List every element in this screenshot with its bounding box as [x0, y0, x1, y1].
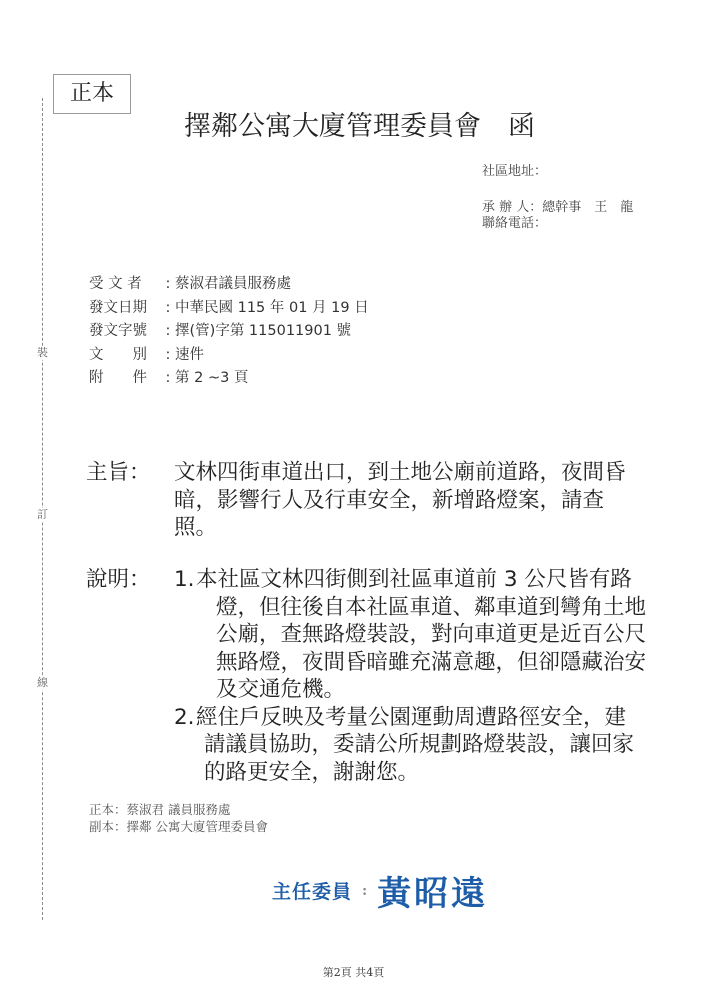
duplicate-recipient: 副本：擇鄰 公寓大廈管理委員會	[89, 818, 268, 835]
meta-label: 發文字號	[89, 320, 161, 344]
item-number: 1.	[174, 566, 195, 594]
subject-line: 文林四街車道出口，到土地公廟前道路，夜間昏	[174, 459, 674, 487]
signature-role: 主任委員	[272, 881, 352, 903]
meta-row-priority: 文 別:速件	[89, 344, 369, 368]
subject-line: 暗，影響行人及行車安全，新增路燈案，請查	[174, 487, 674, 515]
meta-row-date: 發文日期:中華民國 115 年 01 月 19 日	[89, 297, 369, 321]
meta-label: 附 件	[89, 367, 161, 391]
meta-value: 擇(管)字第 115011901 號	[175, 320, 351, 344]
signature-name: 黃昭遠	[377, 874, 488, 914]
explanation-item-2: 2. 經住戶反映及考量公園運動周遭路徑安全，建 請議員協助，委請公所規劃路燈裝設…	[174, 704, 694, 787]
meta-value: 速件	[175, 344, 204, 368]
signature-separator: :	[362, 883, 367, 899]
meta-label: 發文日期	[89, 297, 161, 321]
subject-line: 照。	[174, 514, 674, 542]
meta-value: 第 2 ~3 頁	[175, 367, 248, 391]
document-title: 擇鄰公寓大廈管理委員會 函	[0, 104, 707, 143]
meta-label: 受 文 者	[89, 273, 161, 297]
subject-body: 文林四街車道出口，到土地公廟前道路，夜間昏 暗，影響行人及行車安全，新增路燈案，…	[174, 459, 674, 542]
item-number: 2.	[174, 704, 195, 732]
item-line: 公廟，查無路燈裝設，對向車道更是近百公尺	[216, 621, 694, 649]
item-line: 本社區文林四街側到社區車道前 3 公尺皆有路	[196, 566, 694, 594]
phone-line: 聯絡電話：	[482, 216, 547, 232]
meta-row-doc-number: 發文字號:擇(管)字第 115011901 號	[89, 320, 369, 344]
item-line: 燈，但往後自本社區車道、鄰車道到彎角土地	[216, 594, 694, 622]
explanation-items: 1. 本社區文林四街側到社區車道前 3 公尺皆有路 燈，但往後自本社區車道、鄰車…	[174, 566, 694, 786]
original-recipient: 正本：蔡淑君 議員服務處	[89, 801, 268, 818]
meta-row-recipient: 受 文 者:蔡淑君議員服務處	[89, 273, 369, 297]
binding-char-zhuang: 裝	[35, 346, 50, 360]
binding-char-xian: 線	[35, 676, 50, 690]
meta-row-attachment: 附 件:第 2 ~3 頁	[89, 367, 369, 391]
explanation-section: 說明： 1. 本社區文林四街側到社區車道前 3 公尺皆有路 燈，但往後自本社區車…	[86, 566, 696, 786]
item-line: 經住戶反映及考量公園運動周遭路徑安全，建	[196, 704, 694, 732]
handler-line: 承 辦 人：總幹事 王 龍	[482, 200, 633, 216]
explanation-label: 說明：	[86, 566, 174, 786]
handler-label: 承 辦 人：	[482, 200, 542, 215]
address-line: 社區地址：	[482, 164, 547, 180]
subject-section: 主旨： 文林四街車道出口，到土地公廟前道路，夜間昏 暗，影響行人及行車安全，新增…	[86, 459, 686, 542]
explanation-item-1: 1. 本社區文林四街側到社區車道前 3 公尺皆有路 燈，但往後自本社區車道、鄰車…	[174, 566, 694, 704]
phone-label: 聯絡電話：	[482, 216, 547, 231]
signature-block: 主任委員:黃昭遠	[272, 866, 488, 915]
document-meta: 受 文 者:蔡淑君議員服務處 發文日期:中華民國 115 年 01 月 19 日…	[89, 273, 369, 391]
item-line: 的路更安全，謝謝您。	[204, 759, 694, 787]
item-line: 及交通危機。	[216, 676, 694, 704]
page-number: 第2頁 共4頁	[0, 964, 707, 980]
handler-value: 總幹事 王 龍	[542, 200, 633, 215]
binding-char-ding: 訂	[35, 508, 50, 522]
item-line: 請議員協助，委請公所規劃路燈裝設，讓回家	[204, 731, 694, 759]
meta-value: 中華民國 115 年 01 月 19 日	[175, 297, 369, 321]
meta-value: 蔡淑君議員服務處	[175, 273, 291, 297]
address-label: 社區地址：	[482, 164, 547, 179]
copy-distribution: 正本：蔡淑君 議員服務處 副本：擇鄰 公寓大廈管理委員會	[89, 801, 268, 835]
item-line: 無路燈，夜間昏暗雖充滿意趣，但卻隱藏治安	[216, 649, 694, 677]
subject-label: 主旨：	[86, 459, 174, 542]
meta-label: 文 別	[89, 344, 161, 368]
